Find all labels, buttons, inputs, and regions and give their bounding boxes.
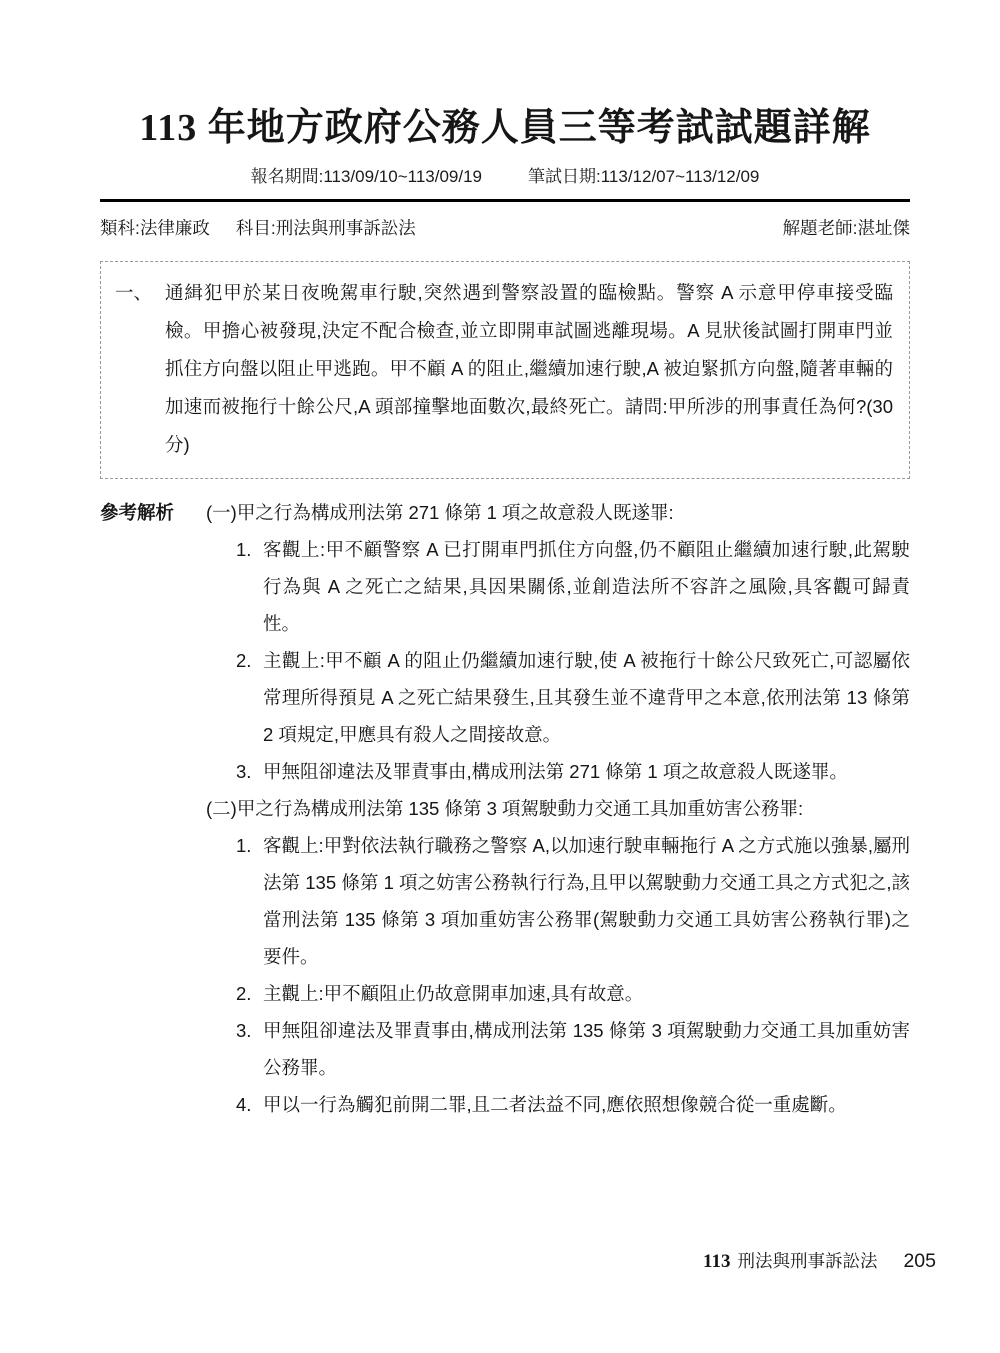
item-text: 甲無阻卻違法及罪責事由,構成刑法第 135 條第 3 項駕駛動力交通工具加重妨害… <box>263 1012 910 1086</box>
question-number: 一、 <box>115 274 165 464</box>
analysis-section: 參考解析 (一)甲之行為構成刑法第 271 條第 1 項之故意殺人既遂罪: 1.… <box>100 494 910 1123</box>
item-text: 主觀上:甲不顧 A 的阻止仍繼續加速行駛,使 A 被拖行十餘公尺致死亡,可認屬依… <box>263 642 910 753</box>
exam-dates-line: 報名期間:113/09/10~113/09/19 筆試日期:113/12/07~… <box>100 162 910 187</box>
registration-period: 報名期間:113/09/10~113/09/19 <box>251 162 482 187</box>
footer-volume: 113 <box>703 1251 730 1273</box>
item-number: 2. <box>236 975 263 1012</box>
document-page: 113 年地方政府公務人員三等考試試題詳解 報名期間:113/09/10~113… <box>0 106 1000 1123</box>
analysis-item: 2. 主觀上:甲不顧阻止仍故意開車加速,具有故意。 <box>206 975 910 1012</box>
analysis-item: 4. 甲以一行為觸犯前開二罪,且二者法益不同,應依照想像競合從一重處斷。 <box>206 1086 910 1123</box>
analysis-item: 1. 客觀上:甲對依法執行職務之警察 A,以加速行駛車輛拖行 A 之方式施以強暴… <box>206 827 910 975</box>
teacher-label: 解題老師:湛址傑 <box>783 215 910 240</box>
item-number: 1. <box>236 531 263 642</box>
item-text: 甲無阻卻違法及罪責事由,構成刑法第 271 條第 1 項之故意殺人既遂罪。 <box>263 753 910 790</box>
item-number: 4. <box>236 1086 263 1123</box>
item-text: 客觀上:甲對依法執行職務之警察 A,以加速行駛車輛拖行 A 之方式施以強暴,屬刑… <box>263 827 910 975</box>
analysis-item: 3. 甲無阻卻違法及罪責事由,構成刑法第 271 條第 1 項之故意殺人既遂罪。 <box>206 753 910 790</box>
category-label: 類科:法律廉政 <box>100 215 210 240</box>
footer-page-number: 205 <box>903 1250 936 1273</box>
analysis-heading-2: (二)甲之行為構成刑法第 135 條第 3 項駕駛動力交通工具加重妨害公務罪: <box>206 790 910 827</box>
page-footer: 113 刑法與刑事訴訟法 205 <box>703 1248 936 1273</box>
item-text: 客觀上:甲不顧警察 A 已打開車門抓住方向盤,仍不顧阻止繼續加速行駛,此駕駛行為… <box>263 531 910 642</box>
item-number: 3. <box>236 1012 263 1086</box>
written-exam-date: 筆試日期:113/12/07~113/12/09 <box>528 162 759 187</box>
analysis-item: 3. 甲無阻卻違法及罪責事由,構成刑法第 135 條第 3 項駕駛動力交通工具加… <box>206 1012 910 1086</box>
question-text: 通緝犯甲於某日夜晚駕車行駛,突然遇到警察設置的臨檢點。警察 A 示意甲停車接受臨… <box>165 274 893 464</box>
footer-book-title: 刑法與刑事訴訟法 <box>737 1248 877 1273</box>
meta-row: 類科:法律廉政 科目:刑法與刑事訴訟法 解題老師:湛址傑 <box>100 215 910 240</box>
header-rule <box>100 199 910 202</box>
analysis-item: 1. 客觀上:甲不顧警察 A 已打開車門抓住方向盤,仍不顧阻止繼續加速行駛,此駕… <box>206 531 910 642</box>
analysis-content: (一)甲之行為構成刑法第 271 條第 1 項之故意殺人既遂罪: 1. 客觀上:… <box>206 494 910 1123</box>
meta-left: 類科:法律廉政 科目:刑法與刑事訴訟法 <box>100 215 416 240</box>
item-text: 甲以一行為觸犯前開二罪,且二者法益不同,應依照想像競合從一重處斷。 <box>263 1086 910 1123</box>
analysis-item: 2. 主觀上:甲不顧 A 的阻止仍繼續加速行駛,使 A 被拖行十餘公尺致死亡,可… <box>206 642 910 753</box>
analysis-label: 參考解析 <box>100 494 186 1123</box>
item-number: 1. <box>236 827 263 975</box>
analysis-heading-1: (一)甲之行為構成刑法第 271 條第 1 項之故意殺人既遂罪: <box>206 494 910 531</box>
item-number: 2. <box>236 642 263 753</box>
question-box: 一、 通緝犯甲於某日夜晚駕車行駛,突然遇到警察設置的臨檢點。警察 A 示意甲停車… <box>100 261 910 479</box>
page-title: 113 年地方政府公務人員三等考試試題詳解 <box>100 106 910 150</box>
item-text: 主觀上:甲不顧阻止仍故意開車加速,具有故意。 <box>263 975 910 1012</box>
subject-label: 科目:刑法與刑事訴訟法 <box>236 215 416 240</box>
item-number: 3. <box>236 753 263 790</box>
